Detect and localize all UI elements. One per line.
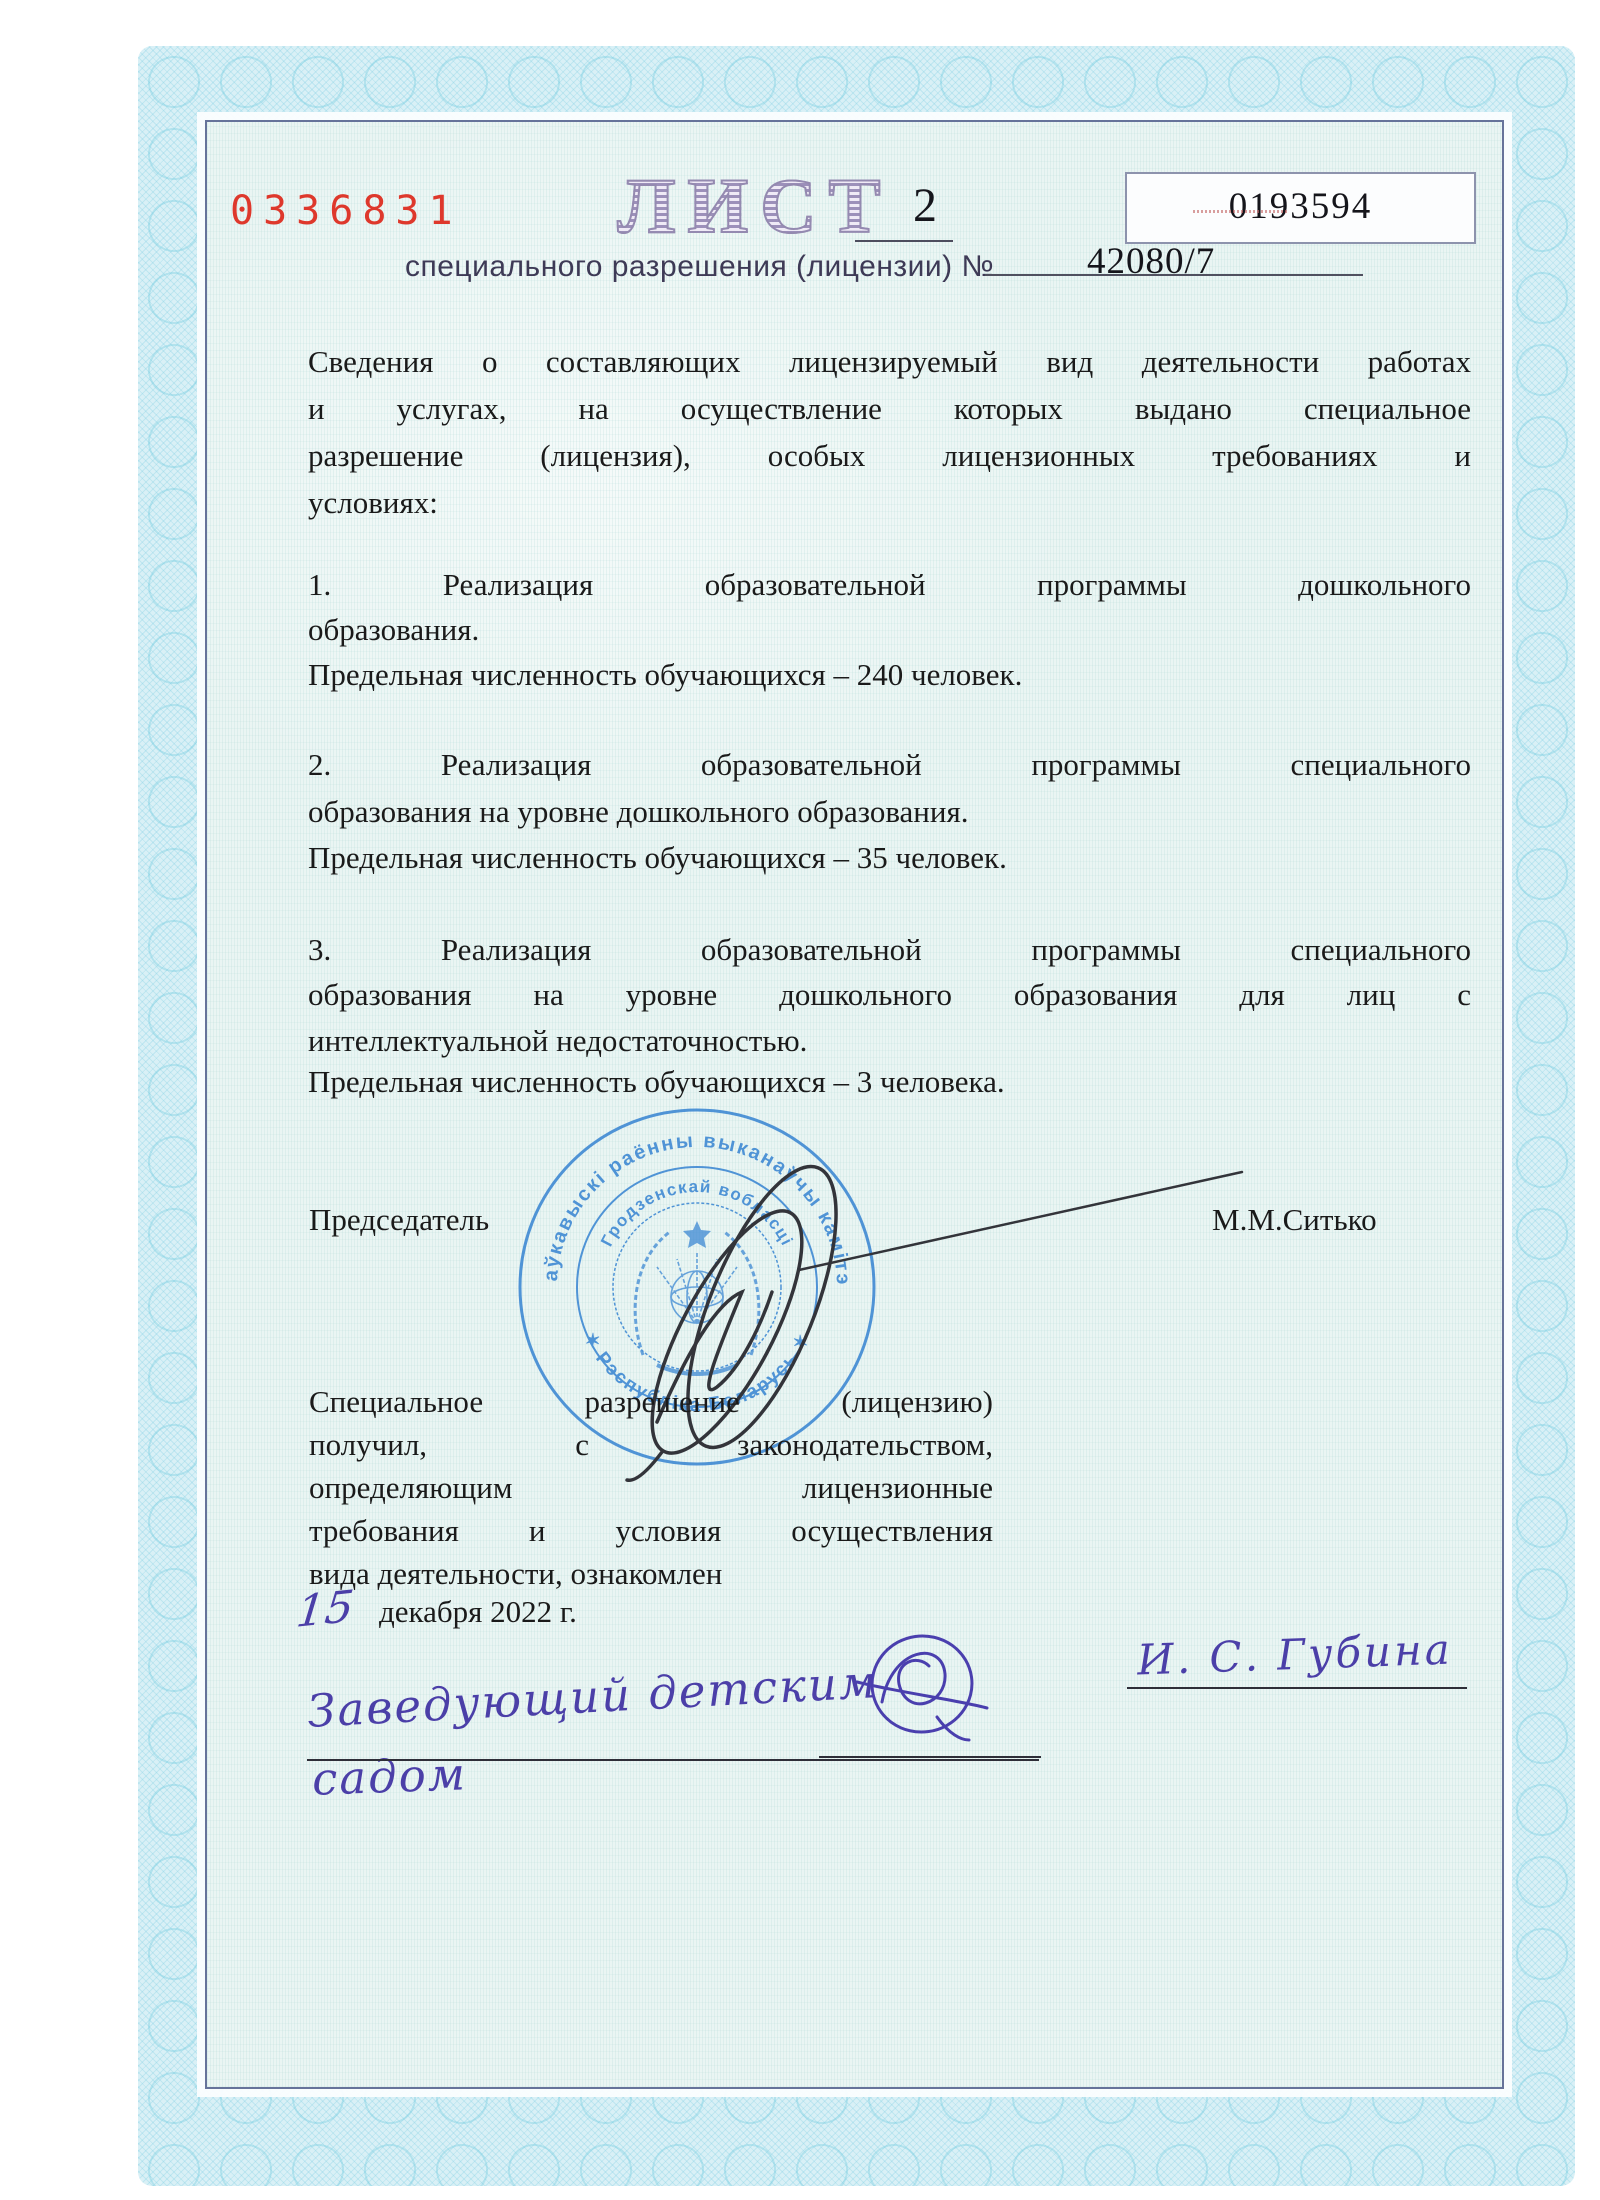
form-number-box: 0193594: [1125, 172, 1476, 244]
body-line-item1-limit: Предельная численность обучающихся – 240…: [308, 657, 1471, 693]
ack-line: определяющим лицензионные: [309, 1470, 993, 1506]
page-number-underline: [855, 240, 953, 242]
chairman-label: Председатель: [309, 1202, 489, 1238]
signature-line-middle: [819, 1756, 1041, 1758]
body-line-item1: образования.: [308, 612, 1471, 648]
scanned-license-page: { "document": { "serial_number": "033683…: [0, 0, 1600, 2200]
handwritten-position-line1: Заведующий детским: [306, 1655, 879, 1738]
license-sheet: 0336831 ЛИСТ 2 0193594 специального разр…: [205, 120, 1504, 2089]
page-title: ЛИСТ: [605, 166, 905, 246]
body-line: разрешение (лицензия), особых лицензионн…: [308, 438, 1471, 474]
body-line-item1: 1. Реализация образовательной программы …: [308, 567, 1471, 603]
body-line-item3-limit: Предельная численность обучающихся – 3 ч…: [308, 1064, 1471, 1100]
body-line-item3: интеллектуальной недостаточностью.: [308, 1023, 1471, 1059]
signature-line-name: [1127, 1687, 1467, 1689]
license-number: 42080/7: [1087, 240, 1215, 283]
ack-line: получил, с законодательством,: [309, 1427, 993, 1463]
body-line: Сведения о составляющих лицензируемый ви…: [308, 344, 1471, 380]
form-number: 0193594: [1229, 186, 1373, 227]
recipient-signature: [837, 1622, 1007, 1762]
handwritten-day: 15: [294, 1581, 356, 1638]
body-line-item2-limit: Предельная численность обучающихся – 35 …: [308, 840, 1471, 876]
microprint-line: [1193, 210, 1288, 213]
body-line: и услугах, на осуществление которых выда…: [308, 391, 1471, 427]
body-line: условиях:: [308, 485, 1471, 521]
ack-line: вида деятельности, ознакомлен: [309, 1556, 993, 1592]
body-line-item3: образования на уровне дошкольного образо…: [308, 977, 1471, 1013]
handwritten-position-line2: садом: [311, 1747, 468, 1805]
blank-serial-number: 0336831: [230, 188, 462, 234]
body-line-item3: 3. Реализация образовательной программы …: [308, 932, 1471, 968]
page-number: 2: [875, 178, 975, 233]
document-subtitle: специального разрешения (лицензии) №: [405, 250, 1025, 284]
handwritten-recipient-name: И. С. Губина: [1136, 1625, 1453, 1685]
date-text: декабря 2022 г.: [379, 1594, 577, 1630]
body-line-item2: 2. Реализация образовательной программы …: [308, 747, 1471, 783]
ack-line: требования и условия осуществления: [309, 1513, 993, 1549]
ack-line: Специальное разрешение (лицензию): [309, 1384, 993, 1420]
body-line-item2: образования на уровне дошкольного образо…: [308, 794, 1471, 830]
